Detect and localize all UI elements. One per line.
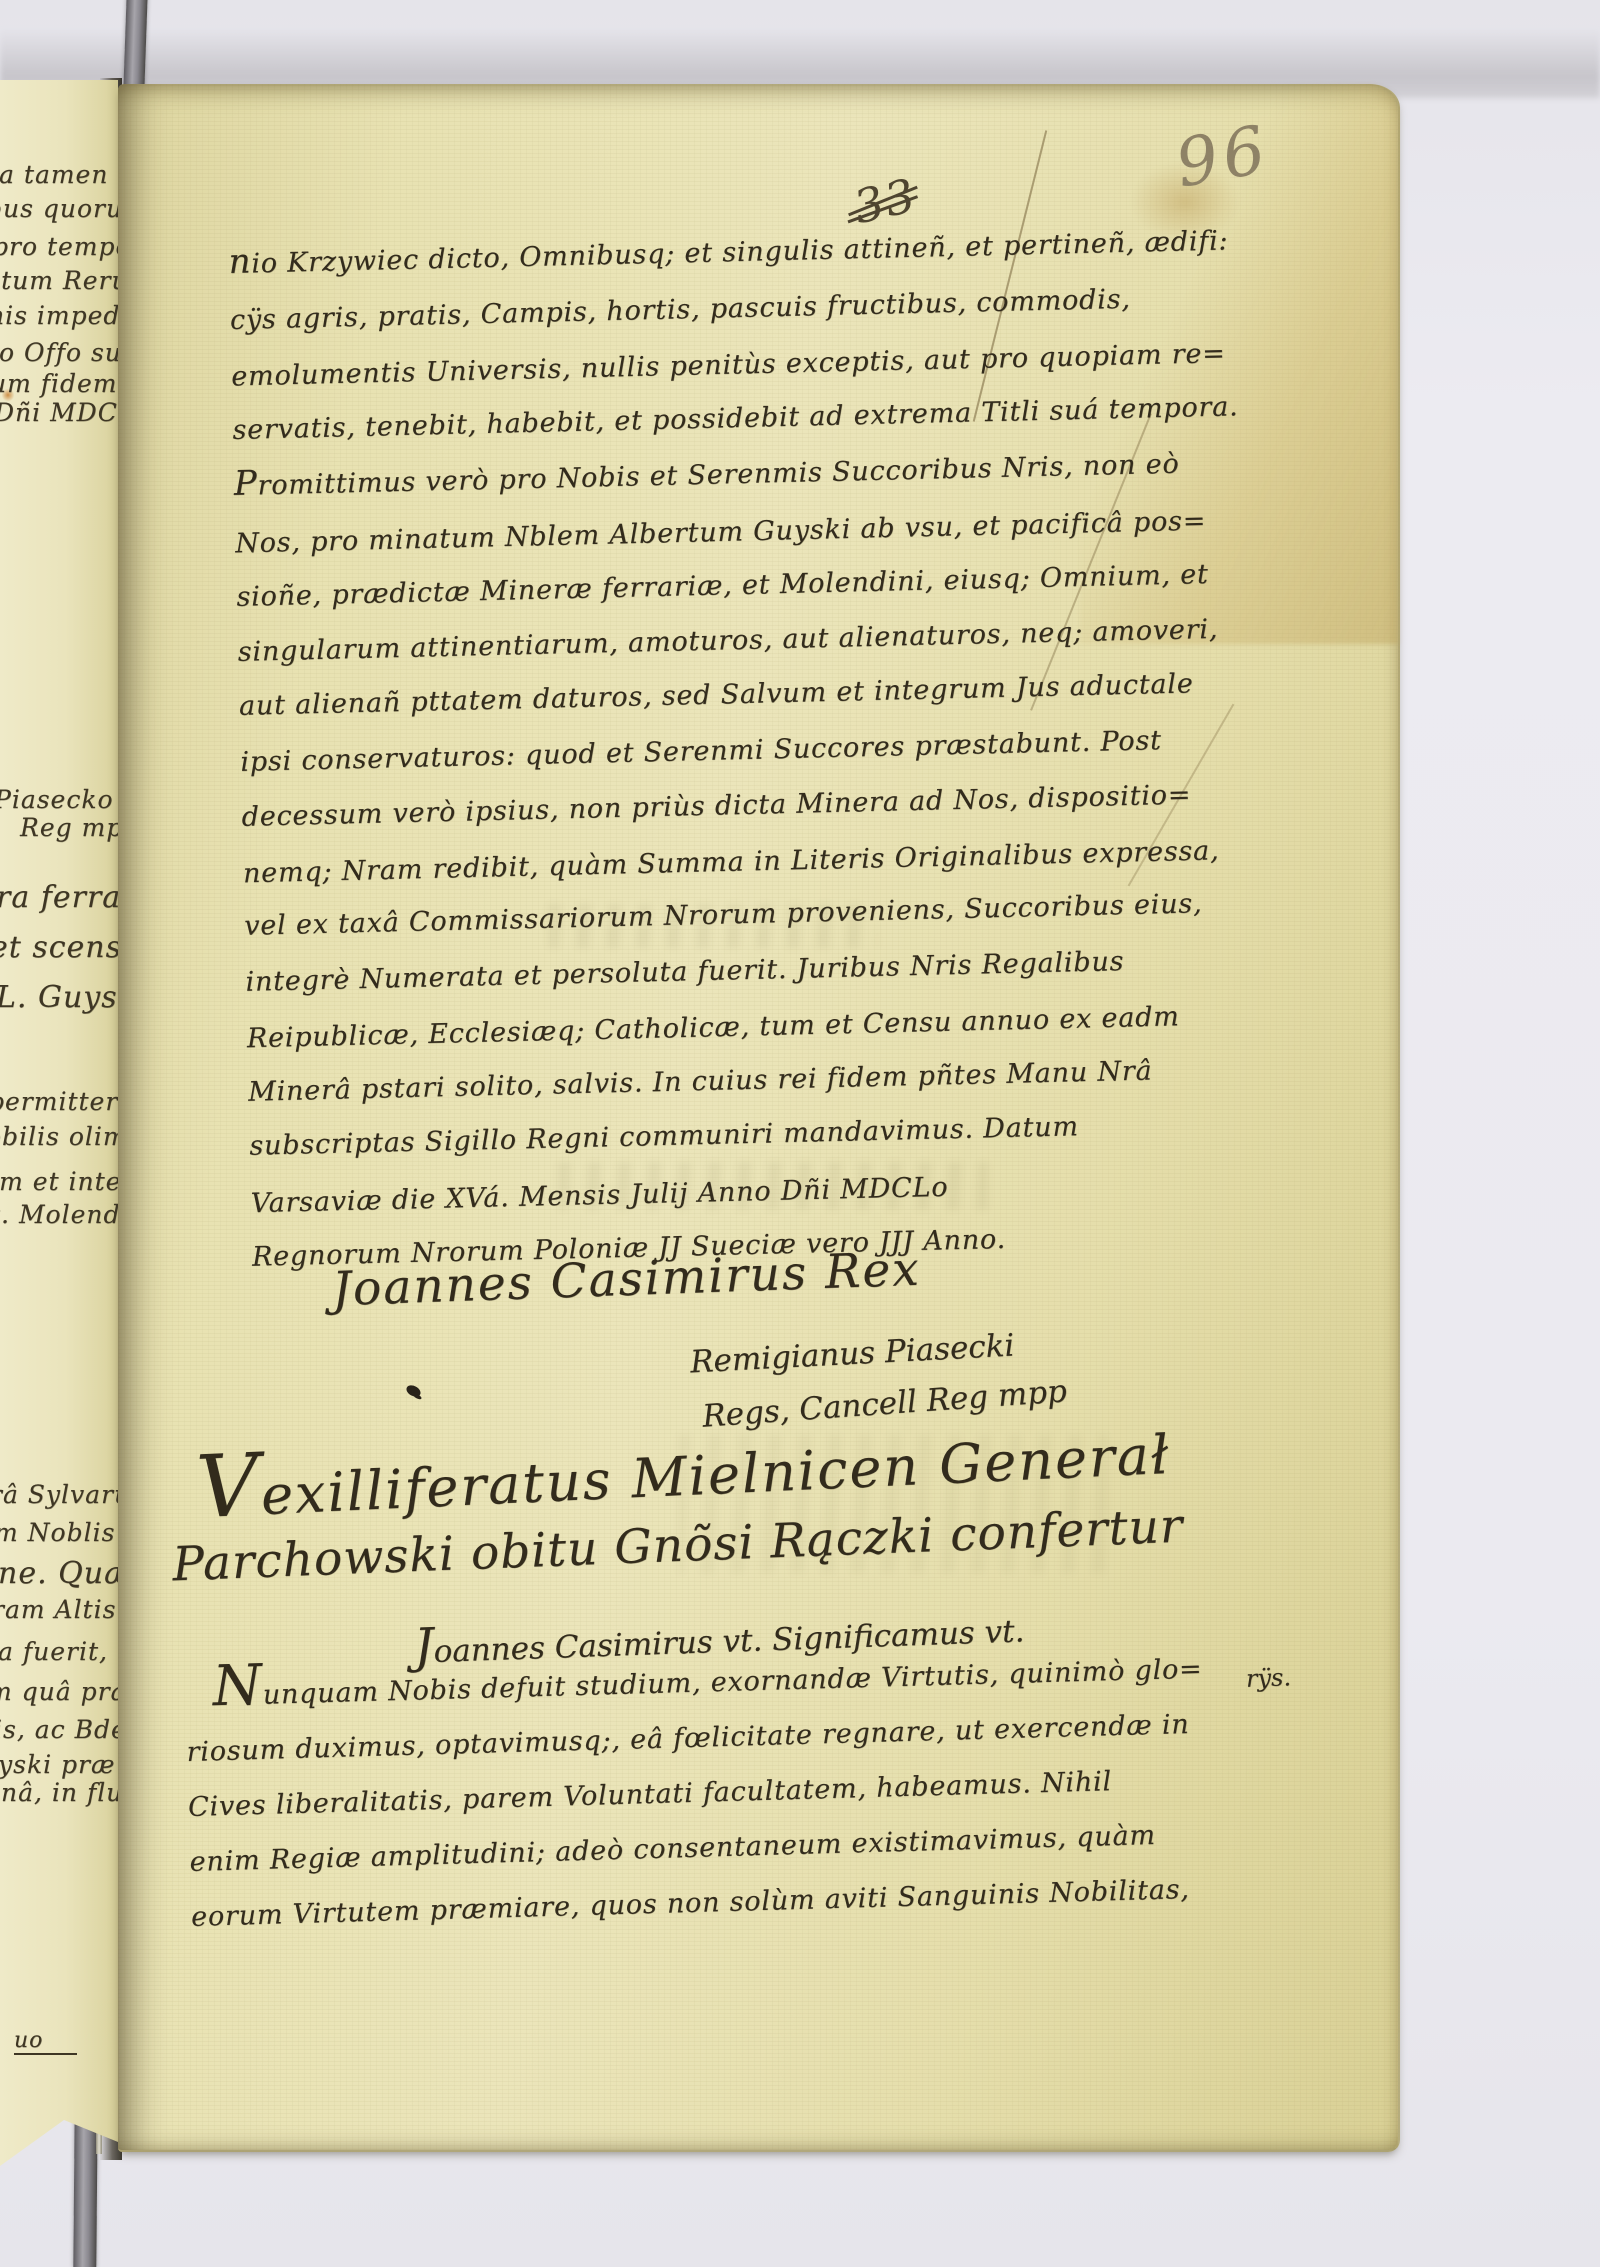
charter-text-block: nio Krzywiec dicto, Omnibusq; et singuli… [228,210,1372,1285]
facing-page-fragment: et scensu [0,930,118,965]
facing-catchword: uo [14,2028,77,2055]
facing-page-fragment: is, ac Bdeñ [0,1715,118,1744]
facing-page-fragment: permittere [0,1087,118,1116]
facing-page-strip: ta tamen ut id bus quorum pro tempore nt… [0,80,118,2166]
facing-page-fragment: ne. Quæ [0,1556,118,1591]
facing-page-fragment: Piasecko [0,785,114,814]
facing-page-fragment: nis impediat [0,301,118,330]
margin-note: rÿs. [1246,1663,1292,1693]
facing-page-fragment: yski præ [0,1750,116,1779]
facing-page-fragment: a fuerit, [0,1637,108,1666]
facing-page-fragment: bus quorum [0,194,118,223]
facing-page-fragment: ram Altis [0,1595,116,1624]
facing-page-fragment: pro tempore [0,232,118,261]
facing-page-fragment: m Noblis [0,1518,115,1547]
scan-background: ta tamen ut id bus quorum pro tempore nt… [0,0,1600,2267]
facing-page-fragment: ntum Rerum [0,266,118,295]
facing-page-fragment: ro Offo suo [0,338,118,367]
facing-page-fragment: um et intero [0,1167,118,1196]
facing-page-fragment: t. Molendini, [0,1200,118,1229]
ink-blot [405,1383,423,1399]
facing-page-fragment: obilis olim [0,1122,118,1151]
facing-page-fragment: Dñi MDCo [0,398,118,427]
facing-page-fragment: inâ, in flu= [0,1778,118,1807]
folio-number-current: 96 [1170,110,1276,202]
facing-page-fragment: m quâ præ= [0,1677,118,1706]
facing-page-fragment: Reg mpp [20,813,118,842]
facing-page-fragment: râ Sylvarum [0,1480,118,1509]
manuscript-page: 96 33 nio Krzywiec dicto, Omnibusq; et s… [118,84,1400,2152]
facing-page-fragment: ra ferra= [0,880,118,915]
facing-page-fragment: L. Guyski [0,980,118,1015]
entry-body-block: Nunquam Nobis defuit studium, exornandæ … [184,1628,1352,1945]
chancery-signature-name: Remigianus Piasecki [689,1328,1015,1381]
facing-page-fragment: um fidem ut. [0,369,118,398]
facing-page-fragment: ta tamen ut id [0,160,118,189]
